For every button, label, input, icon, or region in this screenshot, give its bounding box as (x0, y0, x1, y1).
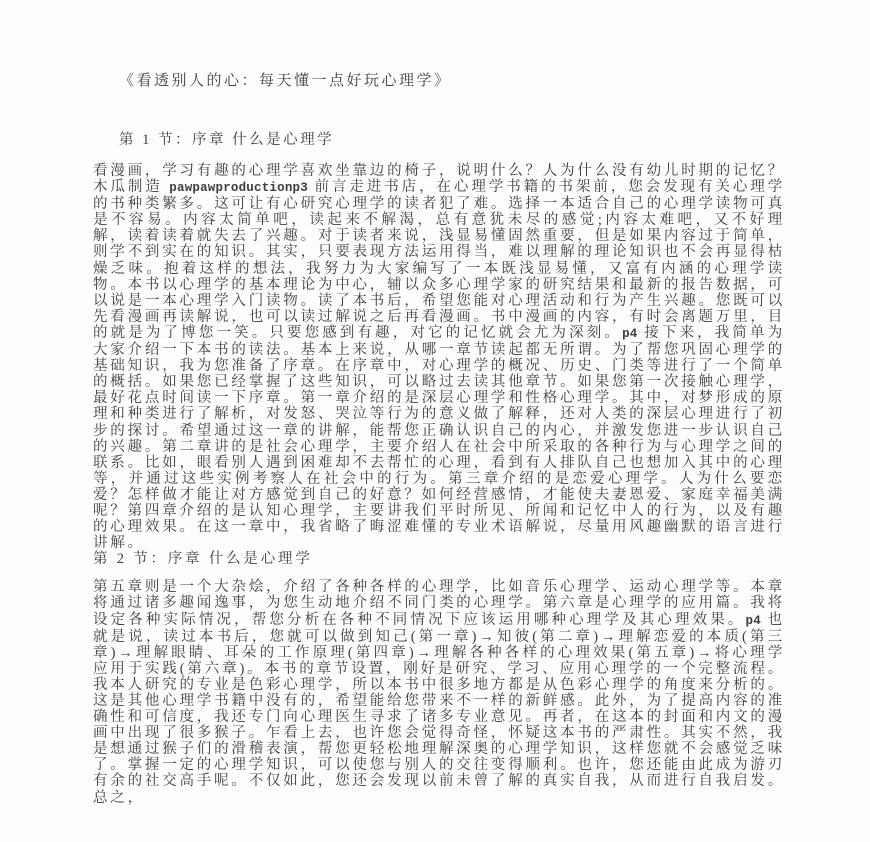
paragraph-2-text: 也就是说，读过本书后，您就可以做到知己(第一章)→知彼(第二章)→理解恋爱的本质… (93, 612, 785, 806)
paragraph-1-text: 接下来，我简单为大家介绍一下本书的读法。基本上来说，从哪一章节读起都无所谓。为了… (93, 325, 785, 551)
document-page: 《看透别人的心：每天懂一点好玩心理学》 第 1 节：序章 什么是心理学 看漫画，… (0, 0, 870, 842)
page-marker-p3: pawpawproductionp3 (169, 181, 308, 195)
section-1-heading: 第 1 节：序章 什么是心理学 (93, 132, 785, 149)
page-marker-p4: p4 (622, 327, 637, 341)
paragraph-1: 看漫画，学习有趣的心理学喜欢坐靠边的椅子，说明什么？人为什么没有幼儿时期的记忆？… (93, 163, 785, 551)
paragraph-1-text: 前言走进书店，在心理学书籍的书架前，您会发现有关心理学的书种类繁多。这可让有心研… (93, 179, 785, 341)
section-2-heading: 第 2 节：序章 什么是心理学 (93, 551, 785, 567)
document-content: 《看透别人的心：每天懂一点好玩心理学》 第 1 节：序章 什么是心理学 看漫画，… (93, 72, 785, 806)
paragraph-2: 第五章则是一个大杂烩，介绍了各种各样的心理学，比如音乐心理学、运动心理学等。本章… (93, 579, 785, 805)
book-title: 《看透别人的心：每天懂一点好玩心理学》 (93, 72, 785, 90)
paragraph-2-text: 第五章则是一个大杂烩，介绍了各种各样的心理学，比如音乐心理学、运动心理学等。本章… (93, 579, 785, 627)
page-marker-p4: p4 (746, 614, 761, 628)
